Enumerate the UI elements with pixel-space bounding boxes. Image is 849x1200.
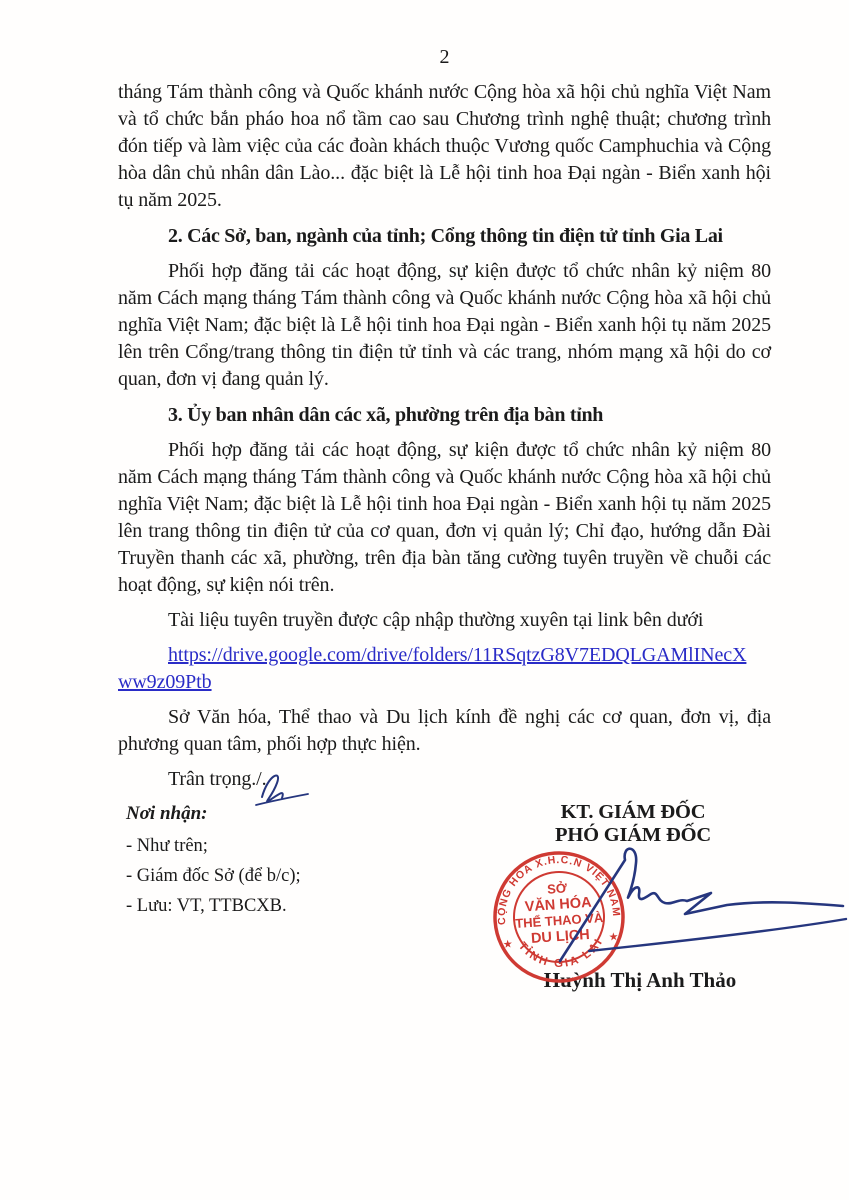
section-heading-3: 3. Ủy ban nhân dân các xã, phường trên đ…	[118, 402, 771, 429]
paragraph-section-2: Phối hợp đăng tải các hoạt động, sự kiện…	[118, 258, 771, 393]
handwritten-signature	[475, 843, 849, 968]
handwritten-initials	[252, 763, 316, 809]
document-page: 2 tháng Tám thành công và Quốc khánh nướ…	[0, 0, 849, 1200]
drive-link-line2: ww9z09Ptb	[118, 671, 212, 693]
section-heading-2: 2. Các Sở, ban, ngành của tỉnh; Cổng thô…	[118, 223, 771, 250]
page-number: 2	[118, 44, 771, 71]
signature-title-line1: KT. GIÁM ĐỐC	[517, 801, 749, 824]
drive-link-line1: https://drive.google.com/drive/folders/1…	[168, 644, 746, 666]
recipient-item: - Như trên;	[126, 831, 301, 861]
recipient-item: - Giám đốc Sở (để b/c);	[126, 861, 301, 891]
paragraph-closing: Sở Văn hóa, Thể thao và Du lịch kính đề …	[118, 704, 771, 758]
paragraph-section-3: Phối hợp đăng tải các hoạt động, sự kiện…	[118, 437, 771, 599]
recipients-block: Nơi nhận: - Như trên; - Giám đốc Sở (để …	[126, 799, 301, 921]
salutation: Trân trọng./.	[118, 766, 771, 793]
recipient-item: - Lưu: VT, TTBCXB.	[126, 891, 301, 921]
link-paragraph: https://drive.google.com/drive/folders/1…	[118, 642, 771, 696]
paragraph-continuation: tháng Tám thành công và Quốc khánh nước …	[118, 79, 771, 214]
paragraph-link-intro: Tài liệu tuyên truyền được cập nhập thườ…	[118, 607, 771, 634]
document-body: 2 tháng Tám thành công và Quốc khánh nướ…	[118, 44, 771, 793]
drive-link[interactable]: https://drive.google.com/drive/folders/1…	[118, 644, 746, 693]
signature-title-block: KT. GIÁM ĐỐC PHÓ GIÁM ĐỐC	[517, 801, 749, 847]
